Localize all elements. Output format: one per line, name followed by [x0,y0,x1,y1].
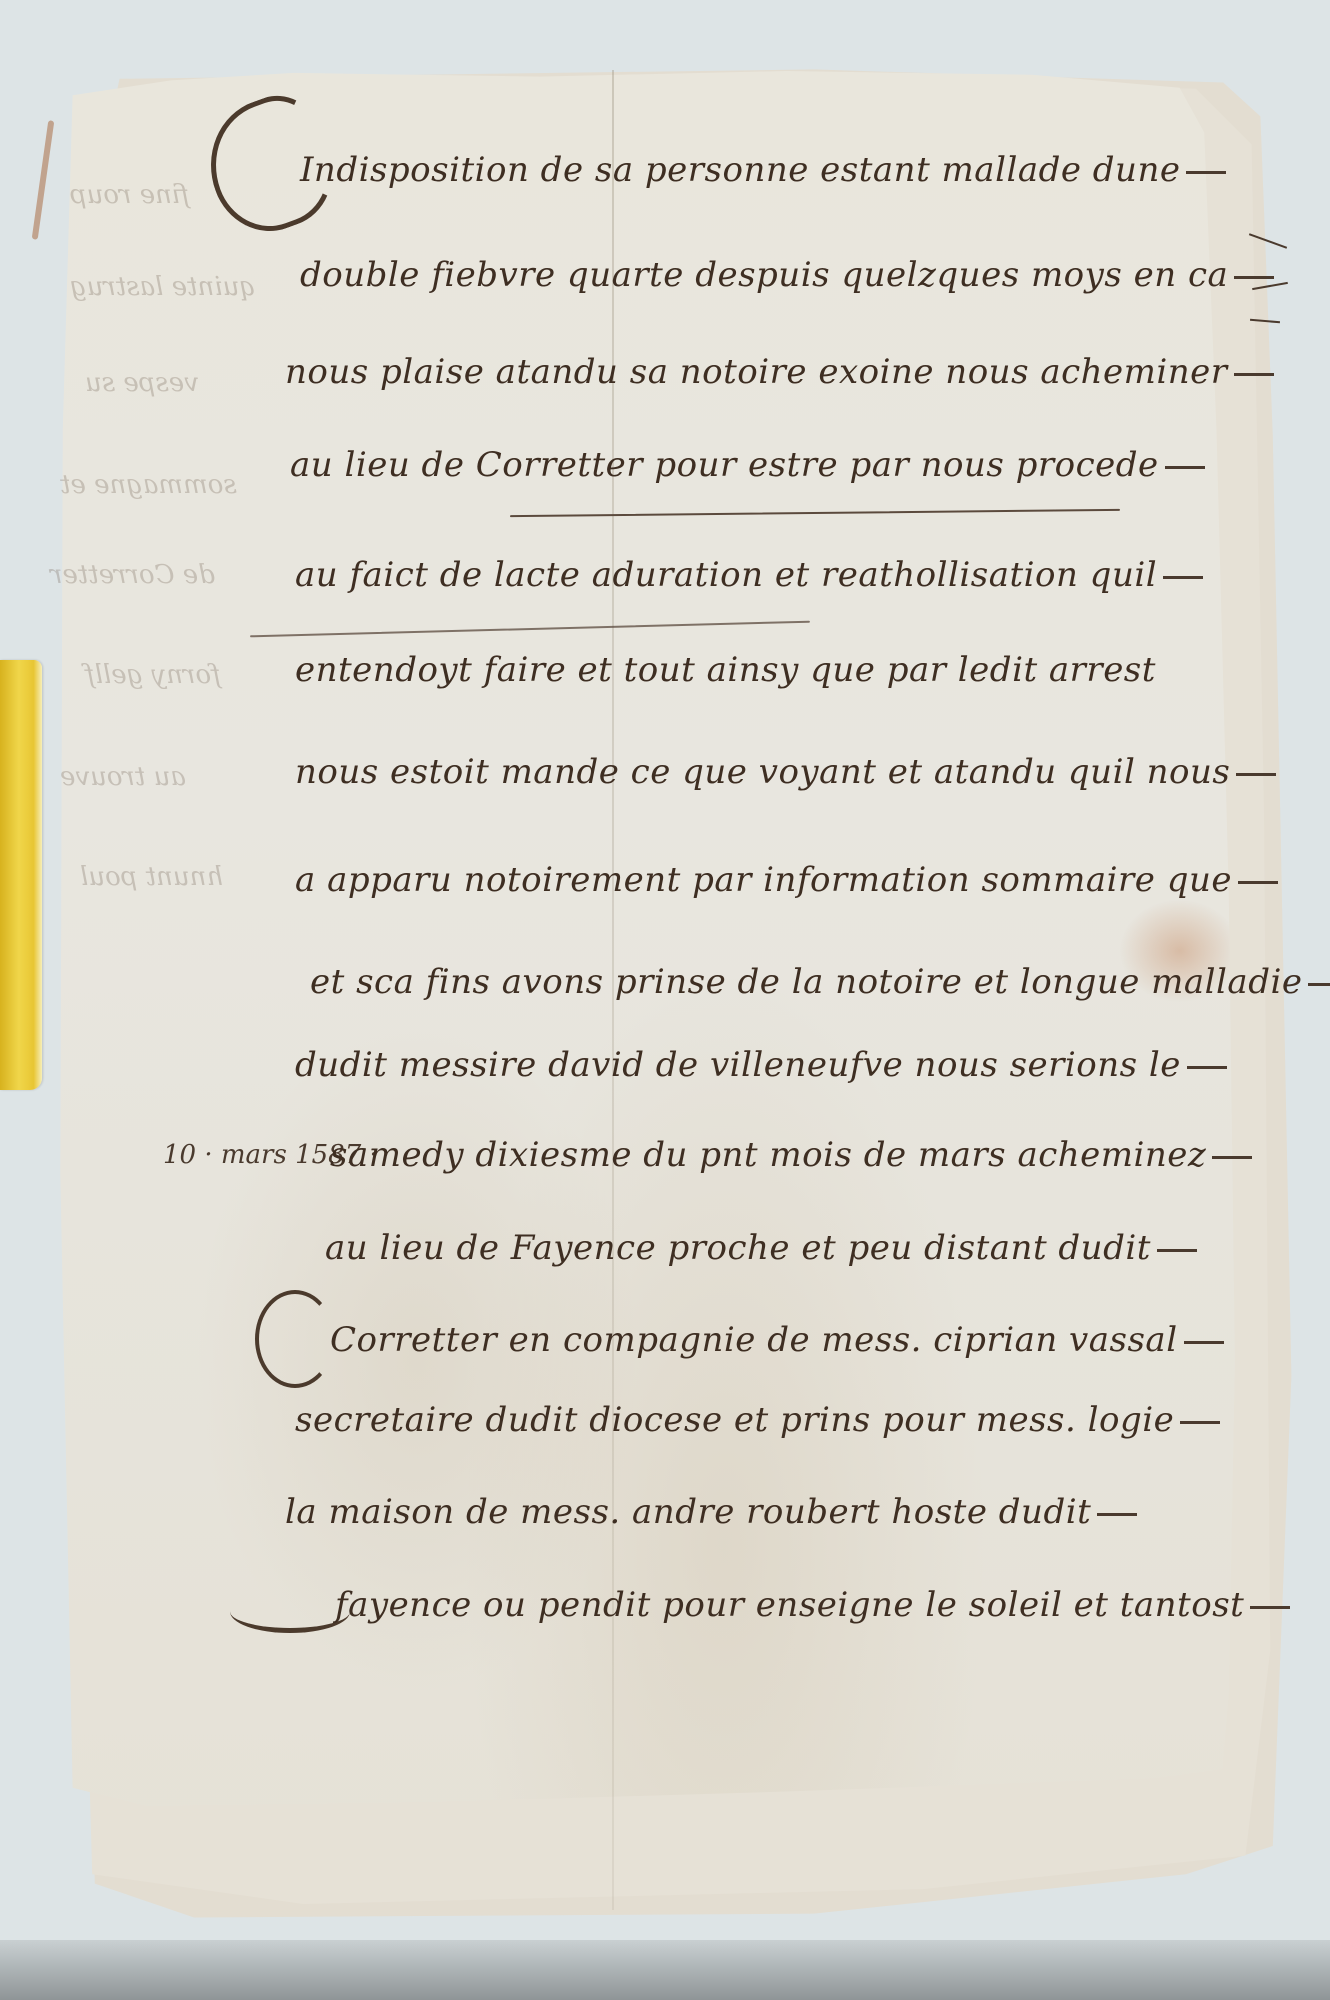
manuscript-line: au lieu de Fayence proche et peu distant… [325,1228,1197,1268]
line-filler-dash [1163,576,1203,579]
bleed-through-text: fine roup [70,180,189,210]
manuscript-line: Corretter en compagnie de mess. ciprian … [330,1320,1224,1360]
manuscript-line: Indisposition de sa personne estant mall… [300,150,1226,190]
line-filler-dash [1238,881,1278,884]
manuscript-line: a apparu notoirement par information som… [295,860,1278,900]
manuscript-line: au lieu de Corretter pour estre par nous… [290,445,1205,485]
manuscript-line: nous plaise atandu sa notoire exoine nou… [285,352,1274,392]
line-filler-dash [1180,1421,1220,1424]
decorated-initial-c [255,1290,335,1388]
yellow-bookmark-tab [0,660,42,1090]
ink-stain-mark [32,120,55,240]
line-filler-dash [1308,983,1330,986]
line-filler-dash [1184,1341,1224,1344]
line-filler-dash [1234,373,1274,376]
manuscript-line: et sca fins avons prinse de la notoire e… [310,962,1330,1002]
bleed-through-text: hnunt poul [80,862,223,892]
line-filler-dash [1234,276,1274,279]
manuscript-line: double fiebvre quarte despuis quelzques … [300,255,1274,295]
manuscript-line: fayence ou pendit pour enseigne le solei… [335,1585,1290,1625]
manuscript-line: la maison de mess. andre roubert hoste d… [285,1492,1137,1532]
backdrop-surface [0,1940,1330,2000]
line-filler-dash [1187,1066,1227,1069]
manuscript-line: samedy dixiesme du pnt mois de mars ache… [330,1135,1252,1175]
line-filler-dash [1212,1156,1252,1159]
manuscript-line: secretaire dudit diocese et prins pour m… [295,1400,1220,1440]
manuscript-line: entendoyt faire et tout ainsy que par le… [295,650,1156,690]
manuscript-line: nous estoit mande ce que voyant et atand… [295,752,1276,792]
manuscript-line: dudit messire david de villeneufve nous … [295,1045,1227,1085]
bleed-through-text: sommagne et [60,470,237,500]
flourish-stroke [230,1590,350,1633]
line-filler-dash [1097,1513,1137,1516]
bleed-through-text: vespe su [85,368,199,398]
line-filler-dash [1157,1249,1197,1252]
bleed-through-text: forny gellf [85,660,221,690]
line-filler-dash [1165,466,1205,469]
bleed-through-text: au trouve [60,762,186,792]
manuscript-line: au faict de lacte aduration et reatholli… [295,555,1203,595]
bleed-through-text: de Corretter [50,560,215,590]
line-filler-dash [1186,171,1226,174]
bleed-through-text: quinte lastrug [70,272,256,302]
line-filler-dash [1236,773,1276,776]
line-filler-dash [1250,1606,1290,1609]
